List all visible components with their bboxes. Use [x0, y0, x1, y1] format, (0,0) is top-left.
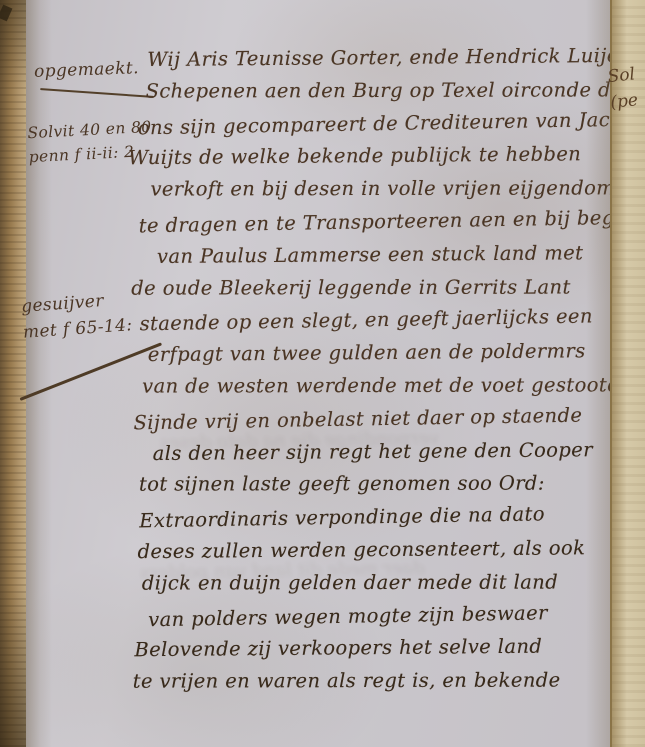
facing-page-text-fragment: Sol (pe	[606, 60, 645, 116]
text-line: van de westen werdende met de voet gesto…	[142, 369, 640, 403]
text-line: dijck en duijn gelden daer mede dit land	[142, 566, 642, 600]
text-line: deses zullen werden geconsenteert, als o…	[137, 532, 641, 569]
text-line: van Paulus Lammerse een stuck land met	[157, 237, 639, 274]
text-line: erfpagt van twee gulden aen de poldermrs	[148, 335, 640, 372]
binding-shade	[0, 0, 26, 747]
facing-page-edge: Sol (pe	[610, 0, 645, 747]
deed-body-text: Wij Aris Teunisse Gorter, ende Hendrick …	[125, 40, 643, 700]
margin-note-gesuijver: gesuijver met f 65-14:	[20, 286, 133, 346]
text-line: Wij Aris Teunisse Gorter, ende Hendrick …	[147, 40, 637, 77]
text-line: verkoft en bij desen in volle vrijen eij…	[150, 172, 638, 206]
margin-note-opgemaekt: opgemaekt.	[34, 58, 140, 82]
page-fold-shadow	[586, 0, 612, 747]
text-line: tot sijnen laste geeft genomen soo Ord:	[139, 468, 641, 502]
manuscript-scan: verpondinge die na dato deses daer mede …	[0, 0, 645, 747]
text-line: als den heer sijn regt het gene den Coop…	[153, 433, 641, 470]
text-line: Schepenen aen den Burg op Texel oirconde…	[146, 74, 638, 108]
gutter-shadow	[26, 0, 52, 747]
text-line: te vrijen en waren als regt is, en beken…	[133, 664, 643, 698]
